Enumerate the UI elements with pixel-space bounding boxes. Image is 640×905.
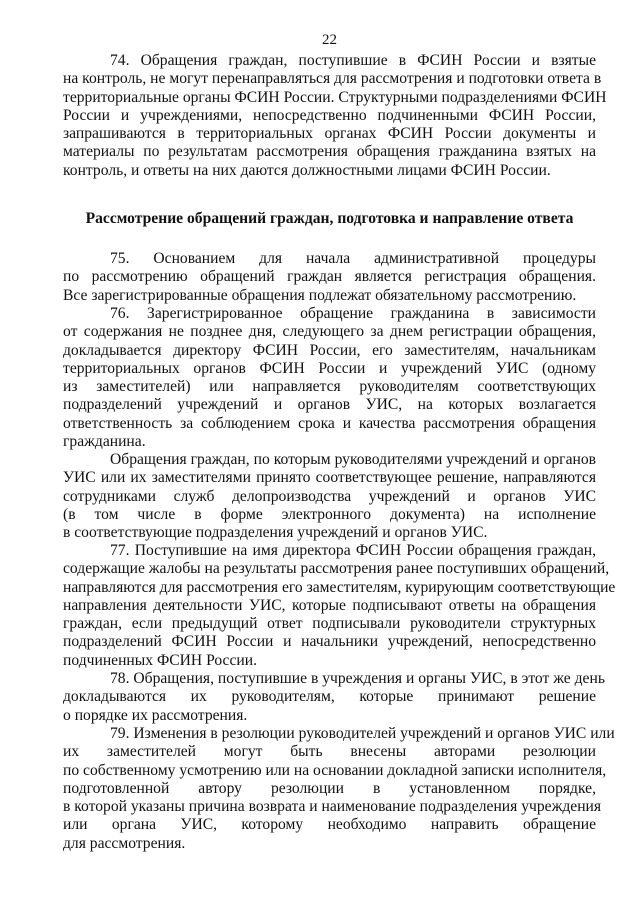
text-line: по собственному усмотрению или на основа… [63, 762, 596, 780]
text-line: от содержания не позднее дня, следующего… [63, 323, 596, 341]
text-line: 78. Обращения, поступившие в учреждения … [63, 670, 596, 688]
paragraph-p79: 79. Изменения в резолюции руководителей … [63, 725, 596, 853]
text-line: подразделений учреждений и органов УИС, … [63, 396, 596, 414]
text-line: докладываются их руководителям, которые … [63, 688, 596, 706]
text-line: Все зарегистрированные обращения подлежа… [63, 287, 596, 305]
text-line: гражданина. [63, 433, 596, 451]
paragraph-p75: 75. Основанием для начала административн… [63, 250, 596, 305]
text-line: на контроль, не могут перенаправляться д… [63, 70, 596, 88]
text-line: подразделений ФСИН России и начальники у… [63, 633, 596, 651]
text-line: направления деятельности УИС, которые по… [63, 597, 596, 615]
text-line: в которой указаны причина возврата и наи… [63, 798, 596, 816]
paragraph-p76b: Обращения граждан, по которым руководите… [63, 451, 596, 542]
text-line: докладывается директору ФСИН России, его… [63, 342, 596, 360]
text-line: в соответствующие подразделения учрежден… [63, 524, 596, 542]
text-line: запрашиваются в территориальных органах … [63, 125, 596, 143]
text-line: 75. Основанием для начала административн… [63, 250, 596, 268]
text-line: ответственность за соблюдением срока и к… [63, 415, 596, 433]
text-line: подчиненных ФСИН России. [63, 652, 596, 670]
paragraph-p78: 78. Обращения, поступившие в учреждения … [63, 670, 596, 725]
text-line: 74. Обращения граждан, поступившие в ФСИ… [63, 52, 596, 70]
paragraph-p76: 76. Зарегистрированное обращение граждан… [63, 305, 596, 451]
text-line: по рассмотрению обращений граждан являет… [63, 268, 596, 286]
text-line: территориальных органов ФСИН России и уч… [63, 360, 596, 378]
text-line: или органа УИС, которому необходимо напр… [63, 816, 596, 834]
section-heading: Рассмотрение обращений граждан, подготов… [63, 210, 596, 228]
paragraph-p74: 74. Обращения граждан, поступившие в ФСИ… [63, 52, 596, 180]
text-line: подготовленной автору резолюции в устано… [63, 780, 596, 798]
text-line: (в том числе в форме электронного докуме… [63, 506, 596, 524]
text-line: 79. Изменения в резолюции руководителей … [63, 725, 596, 743]
text-line: граждан, если предыдущий ответ подписыва… [63, 615, 596, 633]
text-line: из заместителей) или направляется руково… [63, 378, 596, 396]
paragraph-p77: 77. Поступившие на имя директора ФСИН Ро… [63, 542, 596, 670]
text-line: территориальные органы ФСИН России. Стру… [63, 89, 596, 107]
text-line: России и учреждениями, непосредственно п… [63, 107, 596, 125]
text-line: материалы по результатам рассмотрения об… [63, 143, 596, 161]
text-line: 76. Зарегистрированное обращение граждан… [63, 305, 596, 323]
text-line: контроль, и ответы на них даются должнос… [63, 162, 596, 180]
page-number: 22 [63, 31, 596, 49]
text-line: направляются для рассмотрения его замест… [63, 579, 596, 597]
text-line: содержащие жалобы на результаты рассмотр… [63, 560, 596, 578]
text-line: Обращения граждан, по которым руководите… [63, 451, 596, 469]
text-line: их заместителей могут быть внесены автор… [63, 743, 596, 761]
text-line: сотрудниками служб делопроизводства учре… [63, 488, 596, 506]
text-line: УИС или их заместителями принято соответ… [63, 469, 596, 487]
text-line: о порядке их рассмотрения. [63, 707, 596, 725]
text-line: для рассмотрения. [63, 835, 596, 853]
text-line: 77. Поступившие на имя директора ФСИН Ро… [63, 542, 596, 560]
